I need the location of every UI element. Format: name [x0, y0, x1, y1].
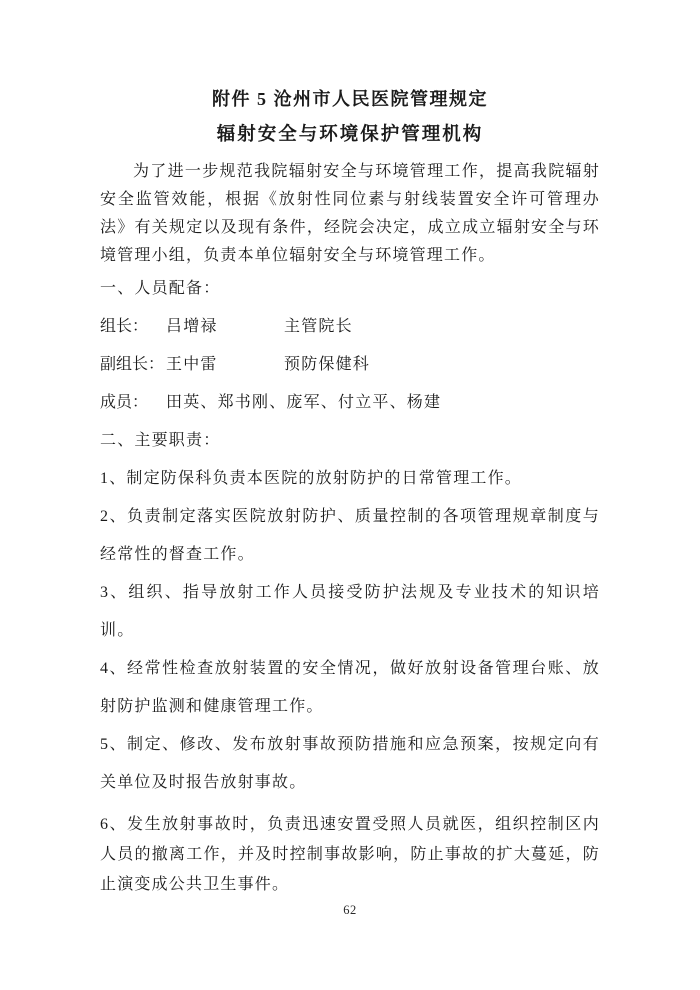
duty-item-4: 4、经常性检查放射装置的安全情况，做好放射设备管理台账、放射防护监测和健康管理工…	[100, 650, 600, 726]
roster-person-title: 主管院长	[284, 308, 353, 346]
section-one-heading: 一、人员配备：	[100, 270, 600, 308]
page-footer: 62	[0, 903, 700, 918]
roster-role-label: 成员：	[100, 384, 166, 422]
page-number: 62	[343, 903, 357, 917]
document-title-line2: 辐射安全与环境保护管理机构	[100, 122, 600, 148]
roster-row-deputy-leader: 副组长： 王中雷 预防保健科	[100, 346, 600, 384]
duty-item-5: 5、制定、修改、发布放射事故预防措施和应急预案，按规定向有关单位及时报告放射事故…	[100, 726, 600, 802]
document-title-line1: 附件 5 沧州市人民医院管理规定	[100, 0, 600, 112]
duty-item-3: 3、组织、指导放射工作人员接受防护法规及专业技术的知识培训。	[100, 574, 600, 650]
section-two-heading: 二、主要职责：	[100, 422, 600, 460]
roster-row-leader: 组长： 吕增禄 主管院长	[100, 308, 600, 346]
duty-item-6: 6、发生放射事故时，负责迅速安置受照人员就医，组织控制区内人员的撤离工作，并及时…	[100, 810, 600, 900]
duty-item-2: 2、负责制定落实医院放射防护、质量控制的各项管理规章制度与经常性的督查工作。	[100, 498, 600, 574]
intro-paragraph: 为了进一步规范我院辐射安全与环境管理工作，提高我院辐射安全监管效能，根据《放射性…	[100, 158, 600, 270]
duty-item-1: 1、制定防保科负责本医院的放射防护的日常管理工作。	[100, 460, 600, 498]
roster-person-name: 吕增禄	[166, 308, 284, 346]
document-page: 附件 5 沧州市人民医院管理规定 辐射安全与环境保护管理机构 为了进一步规范我院…	[0, 0, 700, 990]
roster-role-label: 副组长：	[100, 346, 166, 384]
roster-row-members: 成员： 田英、郑书刚、庞军、付立平、杨建	[100, 384, 600, 422]
roster-person-name: 田英、郑书刚、庞军、付立平、杨建	[166, 384, 441, 422]
roster-person-name: 王中雷	[166, 346, 284, 384]
roster-role-label: 组长：	[100, 308, 166, 346]
roster-person-title: 预防保健科	[284, 346, 370, 384]
